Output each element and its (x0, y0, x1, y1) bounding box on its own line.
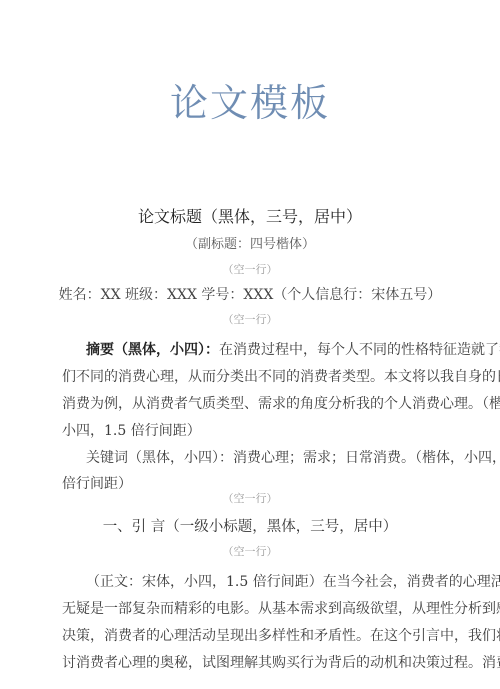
blank-line-note: （空一行） (0, 261, 500, 277)
thesis-title: 论文标题（黑体，三号，居中） (0, 204, 500, 227)
document-page: 论文模板 论文标题（黑体，三号，居中） （副标题：四号楷体） （空一行） 姓名：… (0, 0, 500, 689)
blank-line-note: （空一行） (0, 543, 500, 559)
intro-line-3: 决策，消费者的心理活动呈现出多样性和矛盾性。在这个引言中，我们将探 (62, 625, 442, 645)
abstract-label: 摘要（黑体，小四）： (86, 342, 219, 358)
keywords-label: 关键词（黑体，小四）： (86, 450, 233, 466)
abstract-line-1: 摘要（黑体，小四）：在消费过程中，每个人不同的性格特征造就了我 (86, 339, 442, 359)
abstract-line-3: 消费为例，从消费者气质类型、需求的角度分析我的个人消费心理。（楷体， (62, 393, 442, 413)
intro-line-2: 无疑是一部复杂而精彩的电影。从基本需求到高级欲望，从理性分析到感性 (62, 598, 442, 618)
abstract-line-2: 们不同的消费心理，从而分类出不同的消费者类型。本文将以我自身的日常 (62, 366, 442, 386)
document-main-title: 论文模板 (0, 72, 500, 127)
keywords-line-1: 关键词（黑体，小四）：消费心理；需求；日常消费。（楷体，小四，1.5 (86, 447, 442, 467)
abstract-line-4: 小四，1.5 倍行间距） (62, 420, 442, 440)
intro-line-1: （正文：宋体，小四，1.5 倍行间距）在当今社会，消费者的心理活动 (86, 571, 442, 591)
intro-line-4: 讨消费者心理的奥秘，试图理解其购买行为背后的动机和决策过程。消费者 (62, 652, 442, 672)
thesis-subtitle: （副标题：四号楷体） (0, 233, 500, 252)
blank-line-note: （空一行） (0, 490, 500, 506)
personal-info-line: 姓名：XX 班级：XXX 学号：XXX（个人信息行：宋体五号） (0, 284, 500, 304)
abstract-text: 在消费过程中，每个人不同的性格特征造就了我 (219, 342, 500, 358)
blank-line-note: （空一行） (0, 311, 500, 327)
section-heading-introduction: 一、引 言（一级小标题，黑体，三号，居中） (0, 515, 500, 536)
keywords-text: 消费心理；需求；日常消费。（楷体，小四，1.5 (233, 450, 500, 466)
